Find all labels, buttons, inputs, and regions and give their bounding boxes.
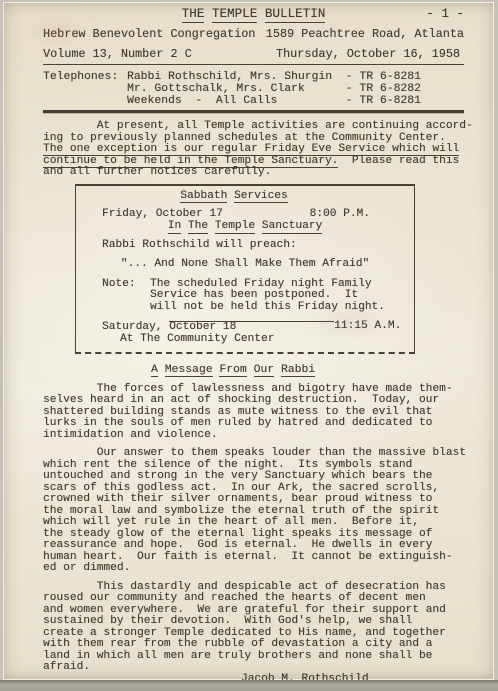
underlined-word: From xyxy=(219,364,246,378)
message-paragraph-3: This dastardly and despicable act of des… xyxy=(43,582,464,674)
organization-row: Hebrew Benevolent Congregation 1589 Peac… xyxy=(43,28,464,41)
page-number: - 1 - xyxy=(426,7,464,21)
text-line: with them rear from the rubble of devast… xyxy=(43,639,464,651)
header-divider-rule xyxy=(43,110,464,113)
underlined-word: Sabbath xyxy=(180,190,227,204)
intro-paragraph: At present, all Temple activities are co… xyxy=(43,121,464,179)
underlined-word: Our xyxy=(254,364,275,378)
volume-date-row: Volume 13, Number 2 C Thursday, October … xyxy=(43,48,464,65)
message-heading: A Message From Our Rabbi xyxy=(43,364,464,377)
bulletin-title: THE TEMPLE BULLETIN xyxy=(182,7,326,21)
text-line: roused our community and reached the hea… xyxy=(43,593,464,605)
telephones-list: Rabbi Rothschild, Mrs. Shurgin - TR 6-82… xyxy=(127,72,421,107)
underlined-word: BULLETIN xyxy=(265,7,325,23)
underlined-word: Sanctuary xyxy=(262,220,322,234)
saturday-time: 11:15 A.M. xyxy=(334,321,401,334)
telephones-label: Telephones: xyxy=(43,72,127,107)
organization-address: 1589 Peachtree Road, Atlanta xyxy=(266,28,464,41)
underlined-word: Temple xyxy=(215,220,255,234)
text-line: selves heard in an act of shocking destr… xyxy=(43,395,464,407)
underlined-word: The xyxy=(188,220,208,234)
sabbath-services-box: Sabbath Services Friday, October 17 8:00… xyxy=(75,184,415,354)
note-block: Note: The scheduled Friday night FamilyS… xyxy=(76,279,414,314)
text-line: Our answer to them speaks louder than th… xyxy=(43,448,464,460)
saturday-date: October 18 xyxy=(169,321,334,334)
text-line: reassurance and hope. God is eternal. He… xyxy=(43,540,464,552)
underlined-word: Message xyxy=(165,364,213,378)
saturday-date-group: Saturday, October 18 xyxy=(102,321,334,334)
saturday-service-row: Saturday, October 18 11:15 A.M. xyxy=(76,321,414,334)
underlined-word: Services xyxy=(234,190,288,204)
scanned-bulletin-page: THE TEMPLE BULLETIN - 1 - Hebrew Benevol… xyxy=(0,0,498,691)
text-line: At present, all Temple activities are co… xyxy=(43,121,464,133)
text-line: ed or dimmed. xyxy=(43,563,464,575)
sabbath-services-heading: Sabbath Services xyxy=(76,191,414,203)
underlined-word: THE xyxy=(182,7,205,23)
message-paragraph-2: Our answer to them speaks louder than th… xyxy=(43,448,464,575)
text-line: which will yet rule in the heart of all … xyxy=(43,517,464,529)
saturday-location: At The Community Center xyxy=(76,334,414,346)
text-line: will not be held this Friday night. xyxy=(150,302,385,314)
note-label: Note: xyxy=(102,279,150,314)
underlined-word: Rabbi xyxy=(281,364,315,378)
text-line: lurks in the souls of men ruled by hatre… xyxy=(43,418,464,430)
text-line: untouched and strong in the very Sanctua… xyxy=(43,471,464,483)
preacher-line: Rabbi Rothschild will preach: xyxy=(76,240,414,252)
masthead-row: THE TEMPLE BULLETIN - 1 - xyxy=(43,7,464,21)
text-line: Mr. Gottschalk, Mrs. Clark - TR 6-8282 xyxy=(127,84,421,96)
volume-number: Volume 13, Number 2 C xyxy=(43,48,192,61)
text-segment: Please read this xyxy=(338,155,459,167)
text-line: Weekends - All Calls - TR 6-8281 xyxy=(127,96,421,108)
organization-name: Hebrew Benevolent Congregation xyxy=(43,28,255,41)
text-line: crowned with their silver ornaments, bea… xyxy=(43,494,464,506)
bulletin-paper: THE TEMPLE BULLETIN - 1 - Hebrew Benevol… xyxy=(3,2,494,680)
saturday-day: Saturday, xyxy=(102,321,169,333)
underlined-word: TEMPLE xyxy=(212,7,257,23)
text-line: afraid. xyxy=(43,662,464,674)
note-lines: The scheduled Friday night FamilyService… xyxy=(150,279,385,314)
underlined-word: A xyxy=(151,364,158,378)
text-line: sustained by their devotion. With God's … xyxy=(43,616,464,628)
message-paragraph-1: The forces of lawlessness and bigotry ha… xyxy=(43,384,464,442)
issue-date: Thursday, October 16, 1958 xyxy=(276,48,460,61)
text-line: land in which all men are truly brothers… xyxy=(43,651,464,663)
sermon-title: "... And None Shall Make Them Afraid" xyxy=(76,259,414,271)
text-line: intimidation and violence. xyxy=(43,430,464,442)
telephones-block: Telephones: Rabbi Rothschild, Mrs. Shurg… xyxy=(43,72,464,107)
scan-bottom-edge xyxy=(0,680,498,691)
friday-location: In The Temple Sanctuary xyxy=(76,221,414,233)
text-line: and all further notices carefully. xyxy=(43,167,464,179)
underlined-word: In xyxy=(168,220,181,234)
